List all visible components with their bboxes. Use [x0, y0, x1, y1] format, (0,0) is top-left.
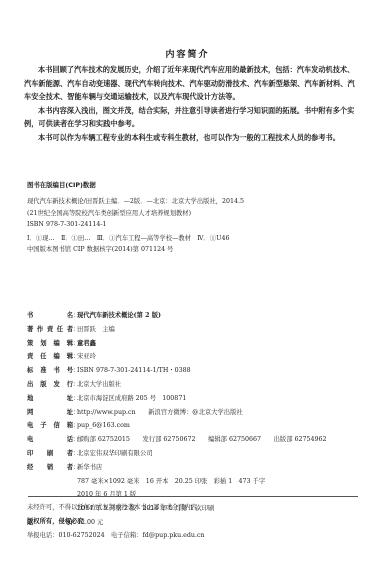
intro-title: 内容简介: [0, 47, 375, 60]
intro-paragraph: 本书可以作为车辆工程专业的本科生或专科生教材，也可以作为一般的工程技术人员的参考…: [24, 131, 360, 145]
info-value: 邮购部 62752015 发行部 62750672 编辑部 62750667 出…: [77, 433, 327, 447]
copyright-page: 内容简介 本书回顾了汽车技术的发展历史，介绍了近年来现代汽车应用的最新技术，包括…: [0, 0, 375, 577]
info-row-email: 电子信箱：pup_6@163.com: [27, 419, 327, 433]
info-value: pup_6@163.com: [77, 419, 130, 433]
cip-block: 现代汽车新技术概论/田晋跃主编．—2版．—北京：北京大学出版社，2014.5 (…: [27, 196, 244, 256]
info-row-phone: 电话：邮购部 62752015 发行部 62750672 编辑部 6275066…: [27, 433, 327, 447]
info-value: 现代汽车新技术概论(第 2 版): [77, 309, 161, 323]
cip-heading: 图书在版编目(CIP)数据: [27, 180, 96, 189]
copy-notice: 未经许可，不得以任何方式复制或抄袭本书之部分或全部内容。: [27, 501, 205, 515]
info-value: 北京宏伟双华印刷有限公司: [77, 447, 153, 461]
divider: [28, 496, 358, 497]
copyright-footer: 未经许可，不得以任何方式复制或抄袭本书之部分或全部内容。 版权所有，侵权必究 举…: [27, 501, 205, 543]
info-label: 地址: [27, 392, 73, 406]
info-row-editor: 责任编辑：宋亚玲: [27, 350, 327, 364]
info-row-printer: 印刷者：北京宏伟双华印刷有限公司: [27, 447, 327, 461]
info-label: 出版发行: [27, 378, 73, 392]
info-value: http://www.pup.cn 新浪官方微博：@北京大学出版社: [77, 406, 243, 420]
info-row-isbn: 标准书号：ISBN 978-7-301-24114-1/TH・0388: [27, 364, 327, 378]
info-value: 宋亚玲: [77, 350, 96, 364]
cip-line: 现代汽车新技术概论/田晋跃主编．—2版．—北京：北京大学出版社，2014.5: [27, 196, 244, 208]
intro-paragraph: 本书内容深入浅出，图文并茂，结合实际，并注意引导读者进行学习知识面的拓展。书中附…: [24, 104, 360, 131]
info-row-distributor: 经销者：新华书店: [27, 461, 327, 475]
info-value: 新华书店: [77, 461, 102, 475]
intro-paragraph: 本书回顾了汽车技术的发展历史，介绍了近年来现代汽车应用的最新技术，包括：汽车发动…: [24, 63, 360, 104]
info-row-author: 著作责任者：田晋跃 主编: [27, 323, 327, 337]
rights-reserved: 版权所有，侵权必究: [27, 515, 205, 529]
info-label: 网址: [27, 406, 73, 420]
info-row-website: 网址：http://www.pup.cn 新浪官方微博：@北京大学出版社: [27, 406, 327, 420]
info-label: 印刷者: [27, 447, 73, 461]
cip-line: ISBN 978-7-301-24114-1: [27, 219, 244, 231]
info-row-planning-editor: 策划编辑：童君鑫: [27, 337, 327, 351]
spec-line: 787 毫米×1092 毫米 16 开本 20.25 印张 彩插 1 473 千…: [27, 475, 327, 489]
info-row-title: 书名：现代汽车新技术概论(第 2 版): [27, 309, 327, 323]
info-label: 标准书号: [27, 364, 73, 378]
info-label: 责任编辑: [27, 350, 73, 364]
report-contact: 举报电话：010-62752024 电子信箱：fd@pup.pku.edu.cn: [27, 529, 205, 543]
info-label: 书名: [27, 309, 73, 323]
info-value: 北京大学出版社: [77, 378, 121, 392]
info-label: 电话: [27, 433, 73, 447]
info-value: 田晋跃 主编: [77, 323, 115, 337]
cip-line: Ⅰ．①现… Ⅱ．①田… Ⅲ．①汽车工程—高等学校—教材 Ⅳ．①U46: [27, 233, 244, 245]
info-value: ISBN 978-7-301-24114-1/TH・0388: [77, 364, 191, 378]
info-row-address: 地址：北京市海淀区成府路 205 号 100871: [27, 392, 327, 406]
intro-text: 本书回顾了汽车技术的发展历史，介绍了近年来现代汽车应用的最新技术，包括：汽车发动…: [24, 63, 360, 145]
cip-line: 中国版本图书馆 CIP 数据核字(2014)第 071124 号: [27, 244, 244, 256]
info-label: 电子信箱: [27, 419, 73, 433]
info-label: 经销者: [27, 461, 73, 475]
info-label: 策划编辑: [27, 337, 73, 351]
info-row-publisher: 出版发行：北京大学出版社: [27, 378, 327, 392]
info-value: 童君鑫: [77, 337, 96, 351]
info-label: 著作责任者: [27, 323, 73, 337]
info-value: 北京市海淀区成府路 205 号 100871: [77, 392, 186, 406]
cip-line: (21世纪全国高等院校汽车类创新型应用人才培养规划教材): [27, 208, 244, 220]
